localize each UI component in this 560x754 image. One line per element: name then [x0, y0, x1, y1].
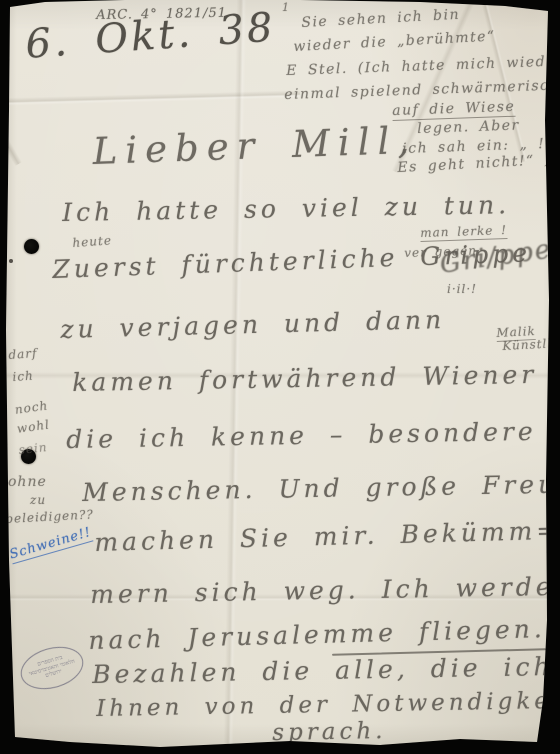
margin-note: darf — [8, 346, 38, 362]
margin-note: noch — [14, 398, 49, 417]
stray-mark: 1 — [282, 1, 290, 14]
margin-note: wohl — [16, 417, 51, 435]
margin-note: sein — [18, 440, 48, 457]
interlinear-note: i·il·! — [447, 282, 477, 296]
top-note-line: einmal spielend schwärmerisch — [284, 77, 560, 103]
salutation: Lieber Mill, — [92, 119, 418, 173]
crease-line — [0, 84, 22, 166]
punch-hole — [24, 239, 39, 254]
body-line: mern sich weg. Ich werde — [90, 572, 555, 609]
margin-note: ich — [12, 369, 34, 384]
top-note-line: Sie sehen ich bin — [301, 7, 460, 31]
top-note-line: E Stel. (Ich hatte mich wieder — [286, 53, 560, 79]
top-note-line: legen. Aber — [417, 117, 520, 137]
rust-stain — [521, 3, 531, 11]
body-line: die ich kenne – besondere — [66, 417, 537, 454]
rust-stain — [495, 6, 517, 20]
letter-paper: ARC. 4° 1821/51 6. Okt. 38 1 Sie sehen i… — [0, 0, 560, 754]
interlinear-note: heute — [72, 233, 112, 250]
margin-note: beleidigen?? — [5, 507, 94, 526]
body-line: machen Sie mir. Bekümm= — [94, 516, 560, 557]
body-line: zu verjagen und dann — [60, 305, 445, 344]
body-line: Bezahlen die alle, die ich — [92, 652, 554, 689]
margin-note-malik: Künstlbd. — [502, 335, 560, 352]
body-line: sprach. — [272, 718, 387, 746]
scan-background: { "letter": { "archive_number": "ARC. 4\… — [0, 0, 560, 754]
top-note-line: wieder die „berühmte“ — [293, 28, 496, 55]
body-line: Ihnen von der Notwendigkeit — [96, 688, 560, 722]
pencil-dot — [9, 259, 13, 263]
body-line: kamen fortwährend Wiener + — [72, 359, 560, 397]
body-line: nach Jerusalemme fliegen. — [88, 614, 546, 655]
body-line: Menschen. Und große Freude — [82, 469, 560, 507]
body-line: Ich hatte so viel zu tun. — [62, 190, 510, 227]
letter-scan: ARC. 4° 1821/51 6. Okt. 38 1 Sie sehen i… — [0, 0, 560, 754]
margin-note-blue: Schweine!! — [8, 525, 93, 565]
library-stamp: בית הספרים הלאומי והאוניברסיטאי ירושלים — [16, 640, 89, 696]
letter-date: 6. Okt. 38 — [24, 5, 277, 68]
crease-line — [0, 90, 300, 106]
interlinear-note: man lerke ! — [420, 223, 507, 242]
margin-note: ohne — [8, 474, 47, 490]
margin-note: zu — [30, 493, 46, 507]
